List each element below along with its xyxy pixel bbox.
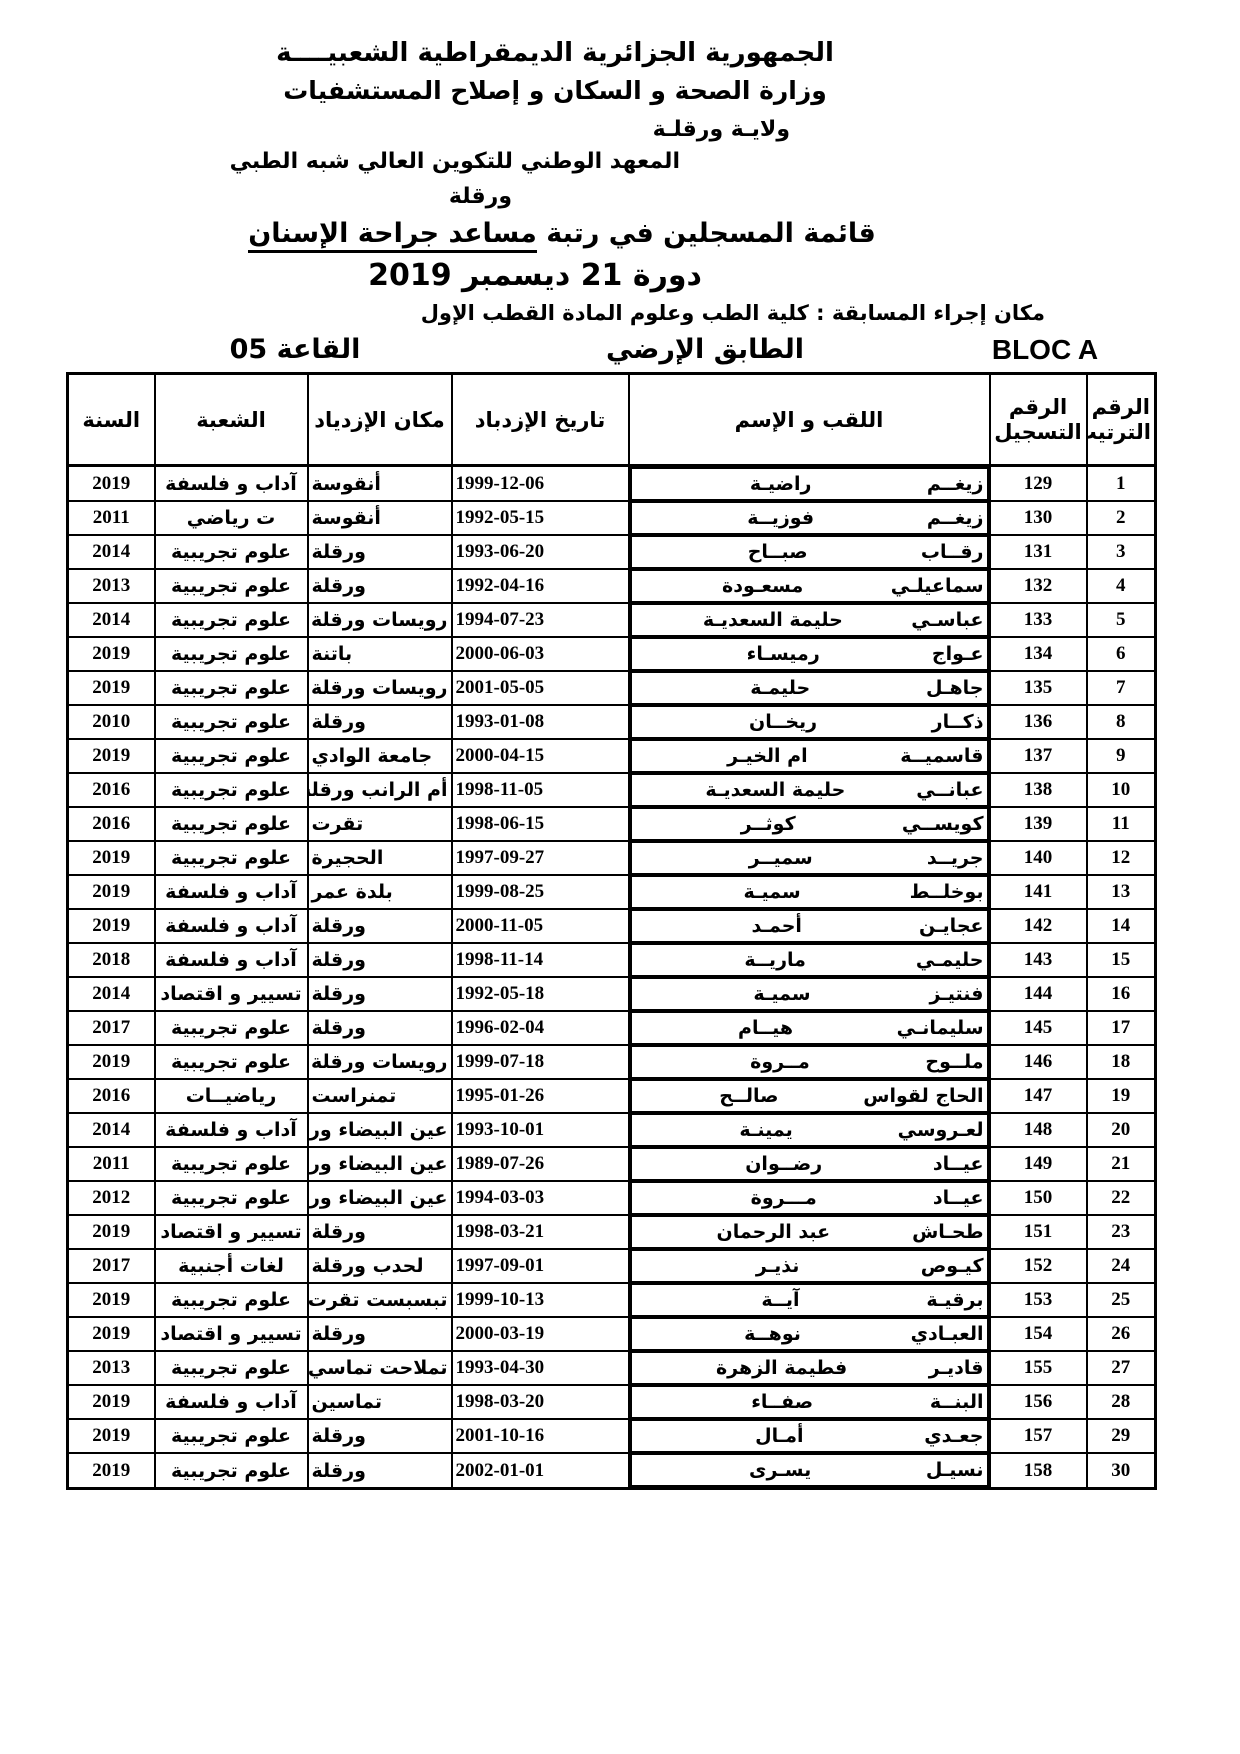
bac-year: 2019 [68, 1317, 155, 1351]
order-number: 14 [1087, 909, 1156, 943]
surname: جريــد [927, 847, 984, 869]
given-name: حليمـة [635, 677, 927, 699]
registration-number: 135 [990, 671, 1087, 705]
branch: علوم تجريبية [155, 739, 308, 773]
branch: علوم تجريبية [155, 569, 308, 603]
given-name: يمينـة [635, 1119, 898, 1141]
registration-number: 148 [990, 1113, 1087, 1147]
birth-date: 1993-10-01 [452, 1113, 629, 1147]
surname: جاهـل [926, 677, 983, 699]
branch: ت رياضي [155, 501, 308, 535]
branch: آداب و فلسفة [155, 466, 308, 502]
birth-date: 1994-07-23 [452, 603, 629, 637]
registration-number: 143 [990, 943, 1087, 977]
birth-date: 1999-12-06 [452, 466, 629, 502]
table-row: 29 157 جعـدي أمـال 2001-10-16 ورقلة علوم… [68, 1419, 1156, 1453]
registration-number: 155 [990, 1351, 1087, 1385]
table-row: 17 145 سليمانـي هيــام 1996-02-04 ورقلة … [68, 1011, 1156, 1045]
document-page: الجمهورية الجزائرية الديمقراطية الشعبيــ… [0, 0, 1240, 1754]
candidate-name-cell: عبانــي حليمة السعديـة [630, 773, 989, 807]
birth-date: 2000-04-15 [452, 739, 629, 773]
given-name: مسعـودة [635, 575, 891, 597]
birth-date: 2000-03-19 [452, 1317, 629, 1351]
table-row: 7 135 جاهـل حليمـة 2001-05-05 رويسات ورق… [68, 671, 1156, 705]
bac-year: 2019 [68, 466, 155, 502]
table-row: 22 150 عيــاد مـــروة 1994-03-03 عين الب… [68, 1181, 1156, 1215]
registration-number: 137 [990, 739, 1087, 773]
surname: عبانــي [916, 779, 983, 801]
registration-number: 153 [990, 1283, 1087, 1317]
col-header-registration: الرقم التسجيل [990, 374, 1087, 466]
candidate-name-cell: البنــة صفــاء [630, 1385, 989, 1419]
table-row: 20 148 لعـروسي يمينـة 1993-10-01 عين الب… [68, 1113, 1156, 1147]
registration-number: 142 [990, 909, 1087, 943]
surname: رقــاب [921, 541, 984, 563]
birth-date: 2002-01-01 [452, 1453, 629, 1489]
bac-year: 2013 [68, 569, 155, 603]
candidate-name-cell: سماعيلـي مسعـودة [630, 569, 989, 603]
given-name: صبــاح [635, 541, 921, 563]
birth-date: 1992-05-18 [452, 977, 629, 1011]
birth-place: تملاحت تماسي [308, 1351, 452, 1385]
candidate-name-cell: بوخلــط سميـة [630, 875, 989, 909]
branch: علوم تجريبية [155, 1011, 308, 1045]
surname: نسيـل [926, 1459, 984, 1481]
birth-date: 2000-06-03 [452, 637, 629, 671]
candidate-name-cell: كيـوص نذيـر [630, 1249, 989, 1283]
col-header-order: الرقم الترتيب [1087, 374, 1156, 466]
candidate-name-cell: جعـدي أمـال [630, 1419, 989, 1453]
surname: العبـادي [911, 1323, 984, 1345]
order-number: 12 [1087, 841, 1156, 875]
given-name: ريخــان [635, 711, 932, 733]
branch: علوم تجريبية [155, 671, 308, 705]
registration-number: 151 [990, 1215, 1087, 1249]
candidate-name-cell: الحاج لقواس صالــح [630, 1079, 989, 1113]
birth-place: ورقلة [308, 977, 452, 1011]
branch: علوم تجريبية [155, 637, 308, 671]
table-row: 9 137 قاسميــة ام الخيـر 2000-04-15 جامع… [68, 739, 1156, 773]
order-number: 16 [1087, 977, 1156, 1011]
registration-number: 133 [990, 603, 1087, 637]
birth-date: 1989-07-26 [452, 1147, 629, 1181]
bac-year: 2010 [68, 705, 155, 739]
table-row: 26 154 العبـادي نوهــة 2000-03-19 ورقلة … [68, 1317, 1156, 1351]
branch: علوم تجريبية [155, 1453, 308, 1489]
order-number: 17 [1087, 1011, 1156, 1045]
table-row: 30 158 نسيـل يسـرى 2002-01-01 ورقلة علوم… [68, 1453, 1156, 1489]
birth-date: 1998-11-14 [452, 943, 629, 977]
registration-number: 141 [990, 875, 1087, 909]
branch: علوم تجريبية [155, 807, 308, 841]
branch: علوم تجريبية [155, 773, 308, 807]
table-row: 25 153 برقيـة آيــة 1999-10-13 تبسبست تق… [68, 1283, 1156, 1317]
order-number: 11 [1087, 807, 1156, 841]
birth-place: لحدب ورقلة [308, 1249, 452, 1283]
candidate-name-cell: لعـروسي يمينـة [630, 1113, 989, 1147]
surname: زيغــم [927, 473, 984, 495]
registration-number: 134 [990, 637, 1087, 671]
birth-place: ورقلة [308, 943, 452, 977]
surname: البنــة [930, 1391, 984, 1413]
birth-place: رويسات ورقلة [308, 671, 452, 705]
city-label: ورقلة [449, 184, 512, 209]
given-name: مـــروة [635, 1187, 933, 1209]
bac-year: 2014 [68, 535, 155, 569]
birth-date: 1998-03-20 [452, 1385, 629, 1419]
order-number: 9 [1087, 739, 1156, 773]
table-row: 24 152 كيـوص نذيـر 1997-09-01 لحدب ورقلة… [68, 1249, 1156, 1283]
given-name: رميسـاء [635, 643, 932, 665]
registration-number: 147 [990, 1079, 1087, 1113]
candidate-name-cell: زيغــم راضيـة [630, 467, 989, 501]
bac-year: 2014 [68, 1113, 155, 1147]
birth-place: ورقلة [308, 1453, 452, 1489]
surname: كويســي [902, 813, 984, 835]
order-number: 26 [1087, 1317, 1156, 1351]
bac-year: 2014 [68, 603, 155, 637]
birth-date: 2001-10-16 [452, 1419, 629, 1453]
branch: علوم تجريبية [155, 1283, 308, 1317]
given-name: نذيـر [635, 1255, 921, 1277]
birth-date: 1999-07-18 [452, 1045, 629, 1079]
birth-place: عين البيضاء ور [308, 1113, 452, 1147]
birth-date: 2000-11-05 [452, 909, 629, 943]
order-number: 5 [1087, 603, 1156, 637]
floor-label: الطابق الإرضي [590, 334, 820, 365]
candidate-name-cell: عجايـن أحمـد [630, 909, 989, 943]
bac-year: 2012 [68, 1181, 155, 1215]
registration-number: 130 [990, 501, 1087, 535]
order-number: 2 [1087, 501, 1156, 535]
given-name: عبد الرحمان [635, 1221, 913, 1243]
surname: سماعيلـي [891, 575, 984, 597]
branch: علوم تجريبية [155, 1419, 308, 1453]
candidate-name-cell: فنتيـز سميـة [630, 977, 989, 1011]
republic-title: الجمهورية الجزائرية الديمقراطية الشعبيــ… [0, 38, 1110, 68]
registration-number: 145 [990, 1011, 1087, 1045]
table-row: 3 131 رقــاب صبــاح 1993-06-20 ورقلة علو… [68, 535, 1156, 569]
registration-number: 144 [990, 977, 1087, 1011]
surname: سليمانـي [897, 1017, 984, 1039]
table-row: 18 146 ملــوح مــروة 1999-07-18 رويسات و… [68, 1045, 1156, 1079]
given-name: حليمة السعديـة [635, 609, 912, 631]
birth-place: رويسات ورقلة [308, 1045, 452, 1079]
birth-place: أنقوسة [308, 466, 452, 502]
branch: علوم تجريبية [155, 705, 308, 739]
surname: قاسميــة [900, 745, 983, 767]
table-row: 19 147 الحاج لقواس صالــح 1995-01-26 تمن… [68, 1079, 1156, 1113]
birth-place: ورقلة [308, 909, 452, 943]
birth-place: ورقلة [308, 1419, 452, 1453]
bac-year: 2019 [68, 1419, 155, 1453]
table-row: 10 138 عبانــي حليمة السعديـة 1998-11-05… [68, 773, 1156, 807]
given-name: رضــوان [635, 1153, 933, 1175]
surname: عجايـن [919, 915, 984, 937]
surname: لعـروسي [898, 1119, 984, 1141]
order-number: 30 [1087, 1453, 1156, 1489]
birth-place: باتنة [308, 637, 452, 671]
candidate-name-cell: حليمـي ماريــة [630, 943, 989, 977]
given-name: ام الخيـر [635, 745, 901, 767]
candidates-table: الرقم الترتيب الرقم التسجيل اللقب و الإس… [66, 372, 1157, 1490]
candidate-name-cell: قاديـر فطيمة الزهرة [630, 1351, 989, 1385]
given-name: حليمة السعديـة [635, 779, 917, 801]
birth-place: بلدة عمر [308, 875, 452, 909]
given-name: فوزيــة [635, 507, 927, 529]
registration-number: 146 [990, 1045, 1087, 1079]
branch: رياضيــات [155, 1079, 308, 1113]
given-name: راضيـة [635, 473, 927, 495]
registration-number: 129 [990, 466, 1087, 502]
venue-line: مكان إجراء المسابقة : كلية الطب وعلوم ال… [421, 301, 1045, 325]
birth-place: أنقوسة [308, 501, 452, 535]
birth-date: 1992-04-16 [452, 569, 629, 603]
given-name: هيــام [635, 1017, 897, 1039]
branch: تسيير و اقتصاد [155, 977, 308, 1011]
given-name: آيــة [635, 1289, 927, 1311]
birth-date: 1995-01-26 [452, 1079, 629, 1113]
birth-date: 1993-06-20 [452, 535, 629, 569]
room-label: القاعة 05 [180, 334, 410, 365]
col-header-reg-line1: الرقم [994, 395, 1083, 419]
candidate-name-cell: قاسميــة ام الخيـر [630, 739, 989, 773]
given-name: ماريــة [635, 949, 916, 971]
birth-place: ورقلة [308, 535, 452, 569]
registration-number: 158 [990, 1453, 1087, 1489]
bac-year: 2019 [68, 1453, 155, 1489]
table-row: 16 144 فنتيـز سميـة 1992-05-18 ورقلة تسي… [68, 977, 1156, 1011]
surname: فنتيـز [929, 983, 983, 1005]
surname: عـواج [932, 643, 984, 665]
surname: ذكــار [932, 711, 984, 733]
birth-place: رويسات ورقلة [308, 603, 452, 637]
birth-place: ورقلة [308, 1317, 452, 1351]
birth-place: عين البيضاء ور [308, 1147, 452, 1181]
table-row: 4 132 سماعيلـي مسعـودة 1992-04-16 ورقلة … [68, 569, 1156, 603]
branch: آداب و فلسفة [155, 875, 308, 909]
branch: آداب و فلسفة [155, 1113, 308, 1147]
registration-number: 150 [990, 1181, 1087, 1215]
order-number: 10 [1087, 773, 1156, 807]
surname: حليمـي [916, 949, 984, 971]
registration-number: 140 [990, 841, 1087, 875]
table-row: 27 155 قاديـر فطيمة الزهرة 1993-04-30 تم… [68, 1351, 1156, 1385]
bac-year: 2019 [68, 1385, 155, 1419]
bac-year: 2019 [68, 875, 155, 909]
candidate-name-cell: نسيـل يسـرى [630, 1453, 989, 1487]
surname: بوخلــط [910, 881, 984, 903]
given-name: سميــر [635, 847, 927, 869]
registration-number: 131 [990, 535, 1087, 569]
birth-place: تمنراست [308, 1079, 452, 1113]
candidate-name-cell: ذكــار ريخــان [630, 705, 989, 739]
table-row: 13 141 بوخلــط سميـة 1999-08-25 بلدة عمر… [68, 875, 1156, 909]
registration-number: 154 [990, 1317, 1087, 1351]
surname: عيــاد [933, 1153, 984, 1175]
col-header-reg-line2: التسجيل [994, 420, 1083, 444]
birth-date: 1993-01-08 [452, 705, 629, 739]
candidate-name-cell: زيغــم فوزيــة [630, 501, 989, 535]
candidate-name-cell: عيــاد مـــروة [630, 1181, 989, 1215]
order-number: 23 [1087, 1215, 1156, 1249]
branch: تسيير و اقتصاد [155, 1317, 308, 1351]
bac-year: 2016 [68, 807, 155, 841]
bac-year: 2011 [68, 501, 155, 535]
candidate-name-cell: كويســي كوثــر [630, 807, 989, 841]
birth-place: عين البيضاء ور [308, 1181, 452, 1215]
bac-year: 2019 [68, 1215, 155, 1249]
candidate-name-cell: عباسـي حليمة السعديـة [630, 603, 989, 637]
birth-place: أم الرانب ورقلة [308, 773, 452, 807]
branch: لغات أجنبية [155, 1249, 308, 1283]
order-number: 28 [1087, 1385, 1156, 1419]
surname: كيـوص [921, 1255, 984, 1277]
branch: آداب و فلسفة [155, 1385, 308, 1419]
branch: آداب و فلسفة [155, 943, 308, 977]
surname: عباسـي [911, 609, 983, 631]
registration-number: 139 [990, 807, 1087, 841]
col-header-birthplace: مكان الإزدياد [308, 374, 452, 466]
bac-year: 2017 [68, 1011, 155, 1045]
birth-date: 1998-03-21 [452, 1215, 629, 1249]
order-number: 15 [1087, 943, 1156, 977]
candidate-name-cell: جاهـل حليمـة [630, 671, 989, 705]
registration-number: 132 [990, 569, 1087, 603]
birth-place: ورقلة [308, 1215, 452, 1249]
col-header-name: اللقب و الإسم [629, 374, 990, 466]
birth-place: ورقلة [308, 569, 452, 603]
given-name: فطيمة الزهرة [635, 1357, 929, 1379]
surname: الحاج لقواس [863, 1085, 983, 1107]
order-number: 6 [1087, 637, 1156, 671]
order-number: 24 [1087, 1249, 1156, 1283]
table-row: 8 136 ذكــار ريخــان 1993-01-08 ورقلة عل… [68, 705, 1156, 739]
given-name: أحمـد [635, 915, 919, 937]
table-row: 11 139 كويســي كوثــر 1998-06-15 تقرت عل… [68, 807, 1156, 841]
table-row: 2 130 زيغــم فوزيــة 1992-05-15 أنقوسة ت… [68, 501, 1156, 535]
order-number: 29 [1087, 1419, 1156, 1453]
given-name: سميـة [635, 881, 910, 903]
order-number: 8 [1087, 705, 1156, 739]
order-number: 1 [1087, 466, 1156, 502]
birth-place: تبسبست تقرت [308, 1283, 452, 1317]
surname: برقيـة [926, 1289, 983, 1311]
bac-year: 2019 [68, 909, 155, 943]
registration-number: 138 [990, 773, 1087, 807]
order-number: 19 [1087, 1079, 1156, 1113]
table-row: 28 156 البنــة صفــاء 1998-03-20 تماسين … [68, 1385, 1156, 1419]
branch: علوم تجريبية [155, 1181, 308, 1215]
branch: علوم تجريبية [155, 603, 308, 637]
table-row: 12 140 جريــد سميــر 1997-09-27 الحجيرة … [68, 841, 1156, 875]
given-name: أمـال [635, 1425, 925, 1447]
birth-date: 1999-10-13 [452, 1283, 629, 1317]
birth-date: 1994-03-03 [452, 1181, 629, 1215]
candidate-name-cell: سليمانـي هيــام [630, 1011, 989, 1045]
bac-year: 2016 [68, 773, 155, 807]
list-title-prefix: قائمة المسجلين في رتبة [546, 218, 875, 249]
birth-place: تقرت [308, 807, 452, 841]
bac-year: 2017 [68, 1249, 155, 1283]
session-date: دورة 21 ديسمبر 2019 [0, 258, 1070, 293]
birth-date: 1998-11-05 [452, 773, 629, 807]
col-header-year: السنة [68, 374, 155, 466]
birth-date: 1996-02-04 [452, 1011, 629, 1045]
table-row: 15 143 حليمـي ماريــة 1998-11-14 ورقلة آ… [68, 943, 1156, 977]
bac-year: 2016 [68, 1079, 155, 1113]
birth-date: 1999-08-25 [452, 875, 629, 909]
candidate-name-cell: طحـاش عبد الرحمان [630, 1215, 989, 1249]
branch: علوم تجريبية [155, 1147, 308, 1181]
surname: زيغــم [927, 507, 984, 529]
col-header-order-line2: الترتيب [1091, 420, 1152, 444]
institute-label: المعهد الوطني للتكوين العالي شبه الطبي [230, 149, 680, 174]
table-row: 6 134 عـواج رميسـاء 2000-06-03 باتنة علو… [68, 637, 1156, 671]
bac-year: 2019 [68, 637, 155, 671]
order-number: 27 [1087, 1351, 1156, 1385]
registration-number: 157 [990, 1419, 1087, 1453]
branch: علوم تجريبية [155, 1045, 308, 1079]
candidate-name-cell: عـواج رميسـاء [630, 637, 989, 671]
order-number: 20 [1087, 1113, 1156, 1147]
col-header-birthdate: تاريخ الإزدباد [452, 374, 629, 466]
birth-place: ورقلة [308, 705, 452, 739]
order-number: 18 [1087, 1045, 1156, 1079]
birth-place: جامعة الوادي [308, 739, 452, 773]
birth-date: 1997-09-01 [452, 1249, 629, 1283]
list-title: قائمة المسجلين في رتبة مساعد جراحة الإسن… [0, 218, 1124, 249]
birth-place: الحجيرة [308, 841, 452, 875]
registration-number: 152 [990, 1249, 1087, 1283]
given-name: يسـرى [635, 1459, 926, 1481]
bac-year: 2019 [68, 671, 155, 705]
birth-place: ورقلة [308, 1011, 452, 1045]
candidate-name-cell: رقــاب صبــاح [630, 535, 989, 569]
bac-year: 2019 [68, 1283, 155, 1317]
table-row: 1 129 زيغــم راضيـة 1999-12-06 أنقوسة آد… [68, 466, 1156, 502]
candidate-name-cell: عيــاد رضــوان [630, 1147, 989, 1181]
given-name: صفــاء [635, 1391, 930, 1413]
given-name: سميـة [635, 983, 930, 1005]
surname: ملــوح [925, 1051, 983, 1073]
col-header-order-line1: الرقم [1091, 395, 1152, 419]
birth-date: 1992-05-15 [452, 501, 629, 535]
bac-year: 2011 [68, 1147, 155, 1181]
birth-place: تماسين [308, 1385, 452, 1419]
candidate-name-cell: جريــد سميــر [630, 841, 989, 875]
order-number: 7 [1087, 671, 1156, 705]
order-number: 3 [1087, 535, 1156, 569]
bloc-label: BLOC A [935, 334, 1155, 366]
branch: علوم تجريبية [155, 535, 308, 569]
bac-year: 2019 [68, 841, 155, 875]
bac-year: 2018 [68, 943, 155, 977]
order-number: 13 [1087, 875, 1156, 909]
registration-number: 136 [990, 705, 1087, 739]
order-number: 4 [1087, 569, 1156, 603]
bac-year: 2014 [68, 977, 155, 1011]
birth-date: 1997-09-27 [452, 841, 629, 875]
candidate-name-cell: ملــوح مــروة [630, 1045, 989, 1079]
table-row: 21 149 عيــاد رضــوان 1989-07-26 عين الب… [68, 1147, 1156, 1181]
given-name: مــروة [635, 1051, 926, 1073]
order-number: 21 [1087, 1147, 1156, 1181]
given-name: نوهــة [635, 1323, 911, 1345]
surname: جعـدي [924, 1425, 983, 1447]
table-row: 5 133 عباسـي حليمة السعديـة 1994-07-23 ر… [68, 603, 1156, 637]
table-row: 23 151 طحـاش عبد الرحمان 1998-03-21 ورقل… [68, 1215, 1156, 1249]
